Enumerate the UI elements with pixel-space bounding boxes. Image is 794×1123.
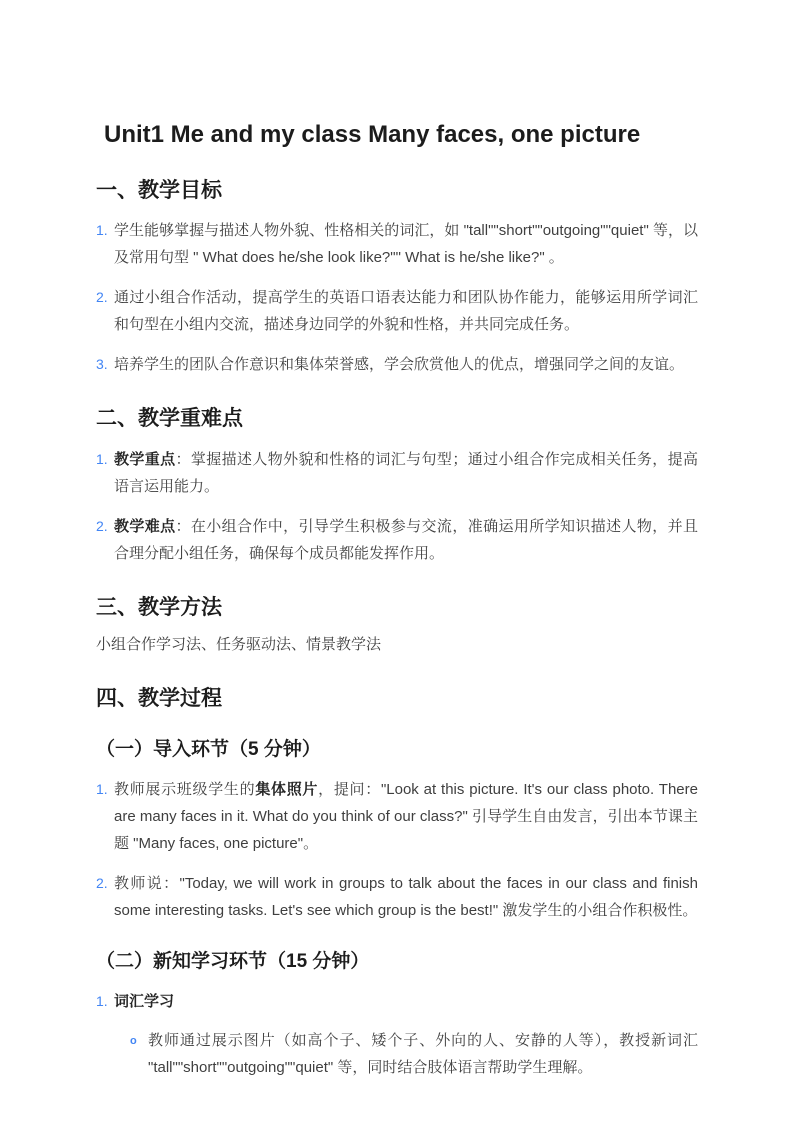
methods-text: 小组合作学习法、任务驱动法、情景教学法 xyxy=(96,631,698,658)
list-item-text: 教师展示班级学生的 xyxy=(114,781,255,798)
list-item-text: ：在小组合作中，引导学生积极参与交流，准确运用所学知识描述人物，并且合理分配小组… xyxy=(114,518,698,562)
list-item-bold-text: 教学重点 xyxy=(114,451,176,468)
section-key-difficult-points: 二、教学重难点 1.教学重点：掌握描述人物外貌和性格的词汇与句型；通过小组合作完… xyxy=(96,405,698,566)
list-number: 3. xyxy=(96,351,108,378)
list-item-text: 学生能够掌握与描述人物外貌、性格相关的词汇，如 "tall""short""ou… xyxy=(114,222,698,266)
list-item-bold-text: 词汇学习 xyxy=(114,993,174,1010)
subsection-heading-new-knowledge: （二）新知学习环节（15 分钟） xyxy=(96,950,698,975)
list-item-text: ：掌握描述人物外貌和性格的词汇与句型；通过小组合作完成相关任务，提高语言运用能力… xyxy=(114,451,698,495)
list-number: 2. xyxy=(96,513,108,540)
list-item-text: 培养学生的团队合作意识和集体荣誉感，学会欣赏他人的优点，增强同学之间的友谊。 xyxy=(114,356,684,373)
vocabulary-bullet-list: o教师通过展示图片（如高个子、矮个子、外向的人、安静的人等），教授新词汇 "ta… xyxy=(128,1027,698,1081)
section-heading-keypoints: 二、教学重难点 xyxy=(96,405,698,432)
list-number: 1. xyxy=(96,988,108,1015)
goals-list: 1.学生能够掌握与描述人物外貌、性格相关的词汇，如 "tall""short""… xyxy=(96,217,698,378)
section-teaching-methods: 三、教学方法 小组合作学习法、任务驱动法、情景教学法 xyxy=(96,594,698,658)
subsection-heading-intro: （一）导入环节（5 分钟） xyxy=(96,738,698,763)
list-number: 1. xyxy=(96,446,108,473)
page-title: Unit1 Me and my class Many faces, one pi… xyxy=(104,120,698,150)
bullet-circle-marker: o xyxy=(130,1028,137,1055)
list-number: 2. xyxy=(96,284,108,311)
document-page: Unit1 Me and my class Many faces, one pi… xyxy=(0,0,794,1123)
section-heading-goals: 一、教学目标 xyxy=(96,177,698,204)
section-teaching-goals: 一、教学目标 1.学生能够掌握与描述人物外貌、性格相关的词汇，如 "tall""… xyxy=(96,177,698,378)
keypoints-list: 1.教学重点：掌握描述人物外貌和性格的词汇与句型；通过小组合作完成相关任务，提高… xyxy=(96,446,698,567)
intro-list: 1.教师展示班级学生的集体照片，提问："Look at this picture… xyxy=(96,776,698,924)
list-item: 1.教师展示班级学生的集体照片，提问："Look at this picture… xyxy=(96,776,698,857)
list-number: 1. xyxy=(96,217,108,244)
list-number: 1. xyxy=(96,776,108,803)
section-teaching-process: 四、教学过程 （一）导入环节（5 分钟） 1.教师展示班级学生的集体照片，提问：… xyxy=(96,685,698,1081)
list-item: 1.学生能够掌握与描述人物外貌、性格相关的词汇，如 "tall""short""… xyxy=(96,217,698,271)
bullet-item: o教师通过展示图片（如高个子、矮个子、外向的人、安静的人等），教授新词汇 "ta… xyxy=(128,1027,698,1081)
section-heading-methods: 三、教学方法 xyxy=(96,594,698,621)
list-item: 1.教学重点：掌握描述人物外貌和性格的词汇与句型；通过小组合作完成相关任务，提高… xyxy=(96,446,698,500)
list-item: 2.教学难点：在小组合作中，引导学生积极参与交流，准确运用所学知识描述人物，并且… xyxy=(96,513,698,567)
list-item-bold-text: 教学难点 xyxy=(114,518,176,535)
list-item-text: 教师说："Today, we will work in groups to ta… xyxy=(114,875,698,919)
list-item: 1.词汇学习 o教师通过展示图片（如高个子、矮个子、外向的人、安静的人等），教授… xyxy=(96,988,698,1081)
list-item: 2.教师说："Today, we will work in groups to … xyxy=(96,870,698,924)
bullet-item-text: 教师通过展示图片（如高个子、矮个子、外向的人、安静的人等），教授新词汇 "tal… xyxy=(148,1032,698,1076)
list-item-bold-text: 集体照片 xyxy=(255,781,318,798)
list-item: 3.培养学生的团队合作意识和集体荣誉感，学会欣赏他人的优点，增强同学之间的友谊。 xyxy=(96,351,698,378)
new-knowledge-list: 1.词汇学习 o教师通过展示图片（如高个子、矮个子、外向的人、安静的人等），教授… xyxy=(96,988,698,1081)
list-number: 2. xyxy=(96,870,108,897)
list-item: 2.通过小组合作活动，提高学生的英语口语表达能力和团队协作能力，能够运用所学词汇… xyxy=(96,284,698,338)
list-item-text: 通过小组合作活动，提高学生的英语口语表达能力和团队协作能力，能够运用所学词汇和句… xyxy=(114,289,698,333)
section-heading-process: 四、教学过程 xyxy=(96,685,698,712)
